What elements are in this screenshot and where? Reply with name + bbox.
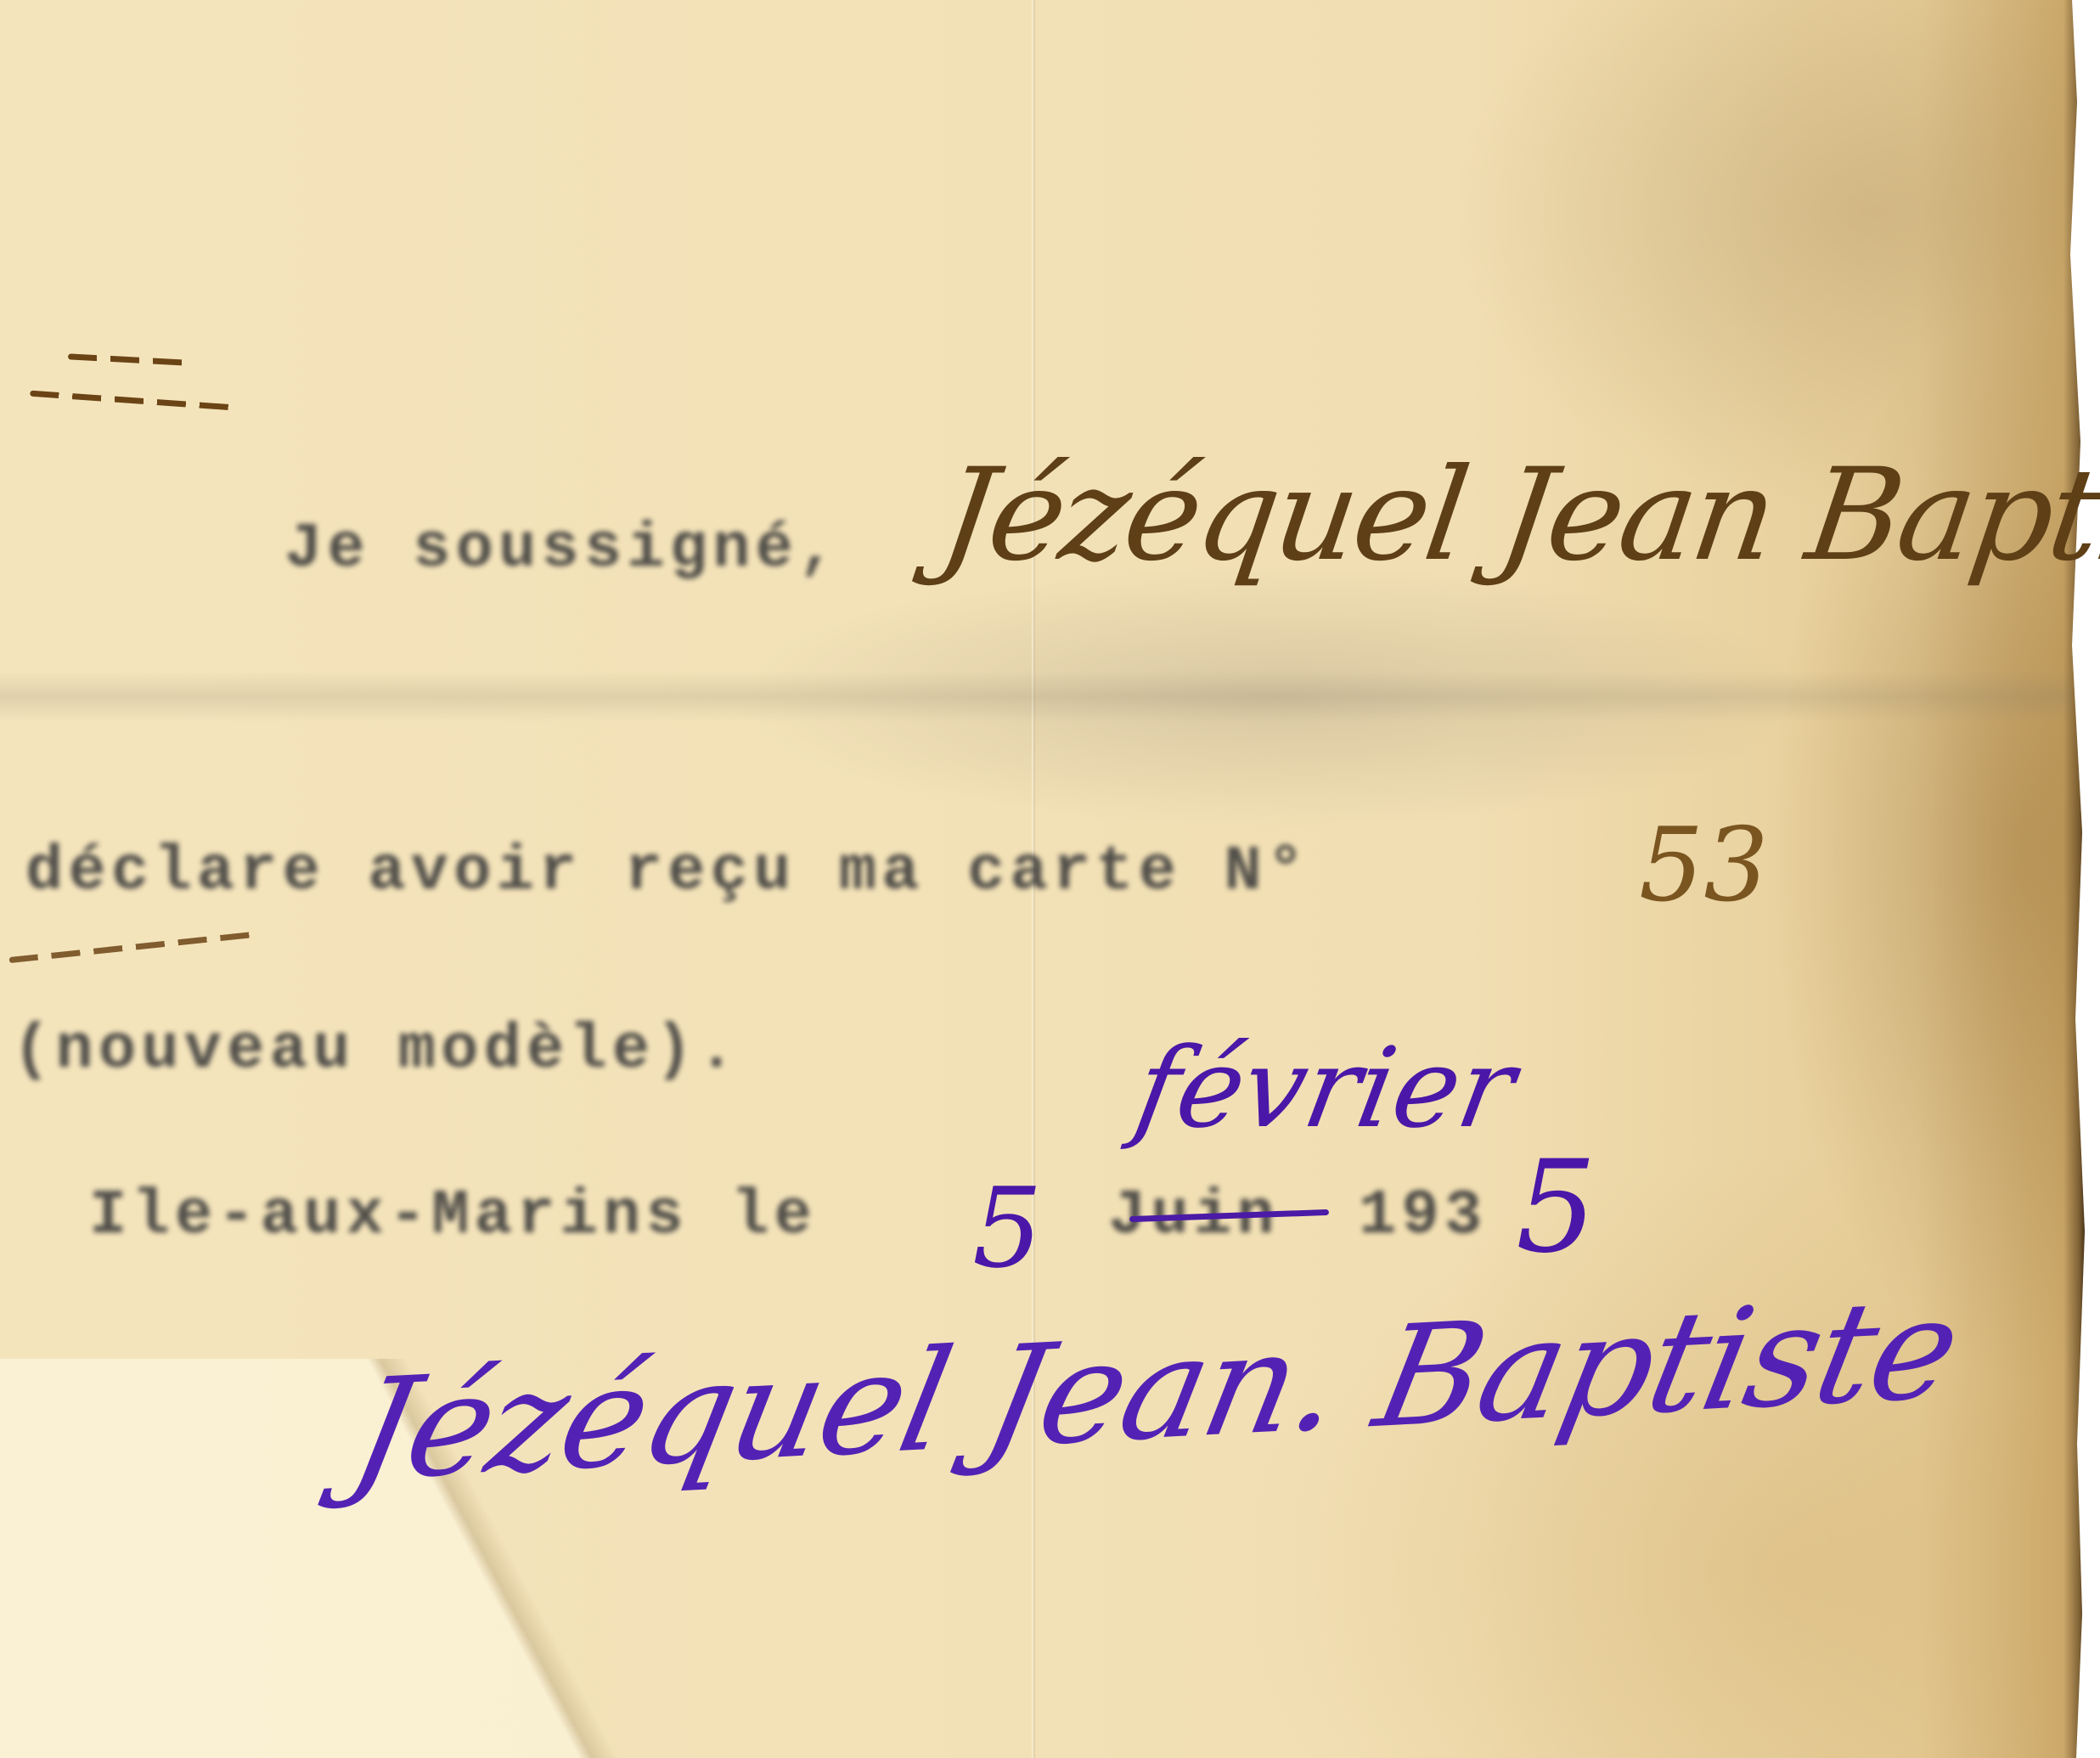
handwritten-card-number: 53 [1639,807,1769,925]
handwritten-name: Jézéquel Jean Baptiste [932,442,2100,589]
handwritten-day: 5 [972,1164,1043,1293]
handwritten-month: février [1127,1023,1524,1152]
torn-right-edge [2063,0,2086,1758]
typed-line-1: Je soussigné, [284,514,841,585]
typed-line-2: déclare avoir reçu ma carte N° [25,837,1309,908]
typed-place: Ile-aux-Marins le [89,1180,817,1252]
handwritten-year-digit: 5 [1516,1134,1596,1282]
horizontal-fold-crease [0,671,2072,722]
typed-line-3: (nouveau modèle). [13,1015,740,1086]
typed-year: 193 [1359,1180,1487,1252]
